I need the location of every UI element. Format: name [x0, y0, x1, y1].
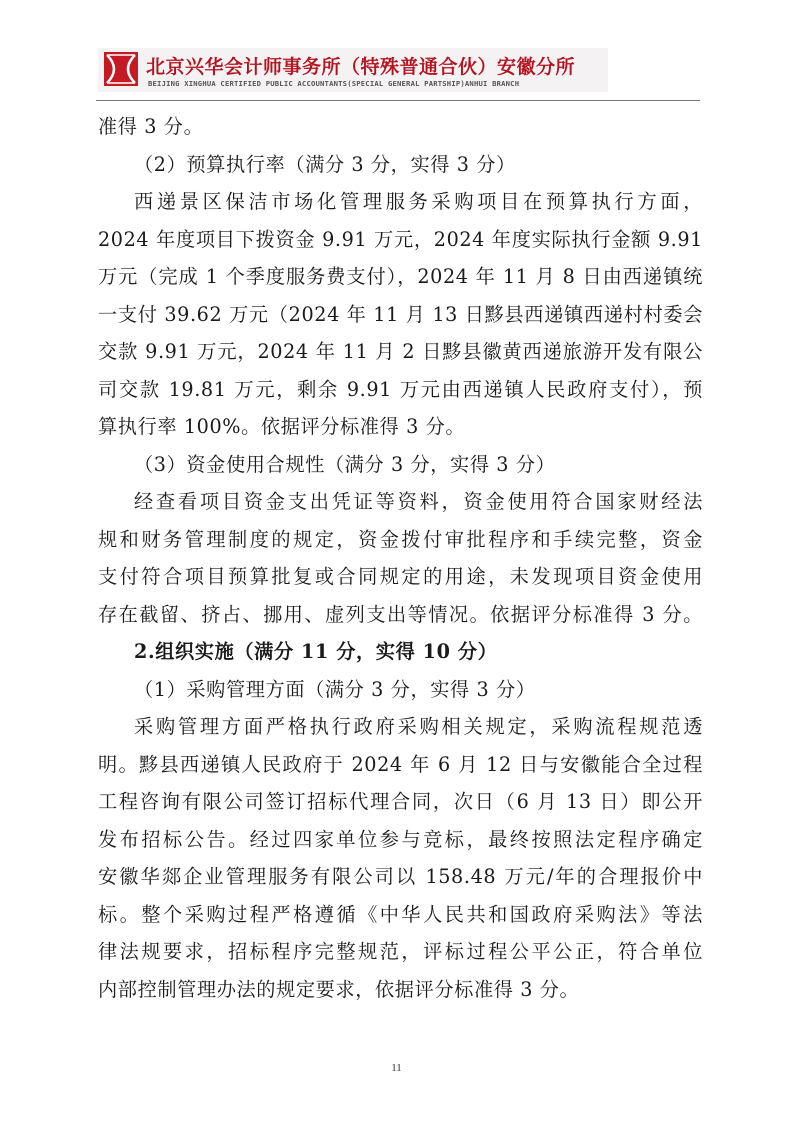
header-divider	[96, 100, 700, 101]
text-line: 存在截留、挤占、挪用、虚列支出等情况。依据评分标准得 3 分。	[98, 596, 703, 634]
section-heading-organization: 2.组织实施（满分 11 分，实得 10 分）	[98, 633, 703, 671]
text-line: 采购管理方面严格执行政府采购相关规定，采购流程规范透	[98, 708, 703, 746]
page-number: 11	[0, 1062, 793, 1074]
subheading-budget-execution: （2）预算执行率（满分 3 分，实得 3 分）	[98, 146, 703, 184]
text-line: 标。整个采购过程严格遵循《中华人民共和国政府采购法》等法	[98, 896, 703, 934]
text-line: 一支付 39.62 万元（2024 年 11 月 13 日黟县西递镇西递村村委会	[98, 296, 703, 334]
text-line: 工程咨询有限公司签订招标代理合同，次日（6 月 13 日）即公开	[98, 783, 703, 821]
text-line: 安徽华郯企业管理服务有限公司以 158.48 万元/年的合理报价中	[98, 858, 703, 896]
text-line: 规和财务管理制度的规定，资金拨付审批程序和手续完整，资金	[98, 521, 703, 559]
firm-logo-icon	[104, 52, 138, 86]
text-line: 2024 年度项目下拨资金 9.91 万元，2024 年度实际执行金额 9.91	[98, 221, 703, 259]
text-line: 明。黟县西递镇人民政府于 2024 年 6 月 12 日与安徽能合全过程	[98, 746, 703, 784]
subheading-fund-compliance: （3）资金使用合规性（满分 3 分，实得 3 分）	[98, 446, 703, 484]
text-line: 准得 3 分。	[98, 108, 703, 146]
text-line: 内部控制管理办法的规定要求，依据评分标准得 3 分。	[98, 971, 703, 1009]
text-line: 支付符合项目预算批复或合同规定的用途，未发现项目资金使用	[98, 558, 703, 596]
text-line: 交款 9.91 万元，2024 年 11 月 2 日黟县徽黄西递旅游开发有限公	[98, 333, 703, 371]
text-line: 经查看项目资金支出凭证等资料，资金使用符合国家财经法	[98, 483, 703, 521]
text-line: 万元（完成 1 个季度服务费支付），2024 年 11 月 8 日由西递镇统	[98, 258, 703, 296]
text-line: 西递景区保洁市场化管理服务采购项目在预算执行方面，	[98, 183, 703, 221]
text-line: 发布招标公告。经过四家单位参与竞标，最终按照法定程序确定	[98, 821, 703, 859]
document-body: 准得 3 分。 （2）预算执行率（满分 3 分，实得 3 分） 西递景区保洁市场…	[98, 108, 703, 1008]
subheading-procurement: （1）采购管理方面（满分 3 分，实得 3 分）	[98, 671, 703, 709]
text-line: 律法规要求，招标程序完整规范，评标过程公平公正，符合单位	[98, 933, 703, 971]
firm-name-chinese: 北京兴华会计师事务所（特殊普通合伙）安徽分所	[146, 52, 575, 79]
firm-name-english: BEIJING XINGHUA CERTIFIED PUBLIC ACCOUNT…	[148, 79, 519, 88]
text-line: 算执行率 100%。依据评分标准得 3 分。	[98, 408, 703, 446]
text-line: 司交款 19.81 万元，剩余 9.91 万元由西递镇人民政府支付），预	[98, 371, 703, 409]
